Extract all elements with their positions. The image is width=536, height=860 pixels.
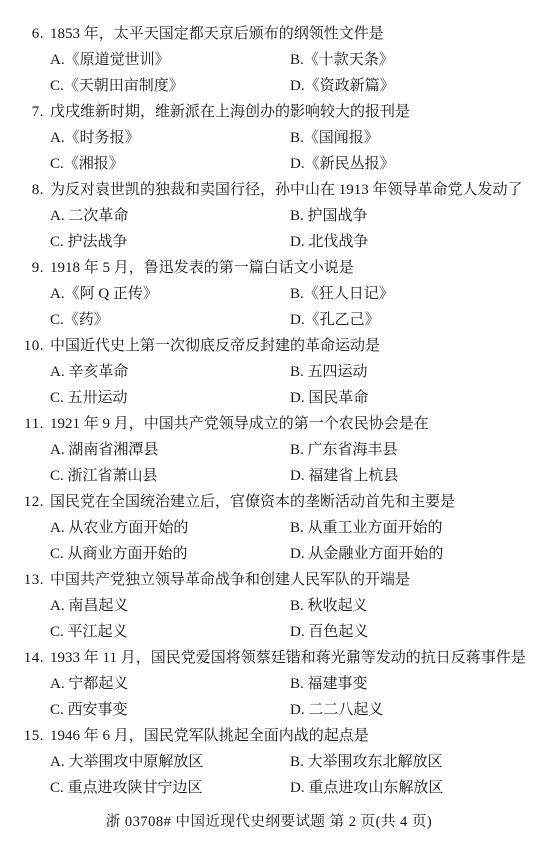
option-b: B. 大举围攻东北解放区 — [290, 749, 520, 775]
option-b: B. 秋收起义 — [290, 593, 520, 619]
option-d: D. 重点进攻山东解放区 — [290, 775, 520, 801]
option-a: A. 辛亥革命 — [50, 359, 290, 385]
question-number: 6. — [18, 21, 44, 47]
question-item: 11. 1921 年 9 月，中国共产党领导成立的第一个农民协会是在 A. 湖南… — [18, 411, 520, 489]
option-b: B. 福建事变 — [290, 671, 520, 697]
option-c: C. 西安事变 — [50, 697, 290, 723]
option-d: D. 国民革命 — [290, 385, 520, 411]
question-item: 12. 国民党在全国统治建立后，官僚资本的垄断活动首先和主要是 A. 从农业方面… — [18, 489, 520, 567]
question-options: A. 大举围攻中原解放区 B. 大举围攻东北解放区 C. 重点进攻陕甘宁边区 D… — [50, 749, 520, 801]
question-stem: 为反对袁世凯的独裁和卖国行径，孙中山在 1913 年领导革命党人发动了 — [50, 177, 523, 203]
option-a: A. 南昌起义 — [50, 593, 290, 619]
question-number: 12. — [18, 489, 44, 515]
question-number: 7. — [18, 99, 44, 125]
question-stem: 1853 年，太平天国定都天京后颁布的纲领性文件是 — [50, 21, 384, 47]
option-c: C.《药》 — [50, 307, 290, 333]
question-stem: 1946 年 6 月，国民党军队挑起全面内战的起点是 — [50, 723, 369, 749]
option-b: B.《国闻报》 — [290, 125, 520, 151]
option-a: A.《阿 Q 正传》 — [50, 281, 290, 307]
question-number: 11. — [18, 411, 44, 437]
question-stem-row: 15. 1946 年 6 月，国民党军队挑起全面内战的起点是 — [18, 723, 520, 749]
question-number: 13. — [18, 567, 44, 593]
option-d: D. 二二八起义 — [290, 697, 520, 723]
option-b: B. 广东省海丰县 — [290, 437, 520, 463]
option-b: B. 五四运动 — [290, 359, 520, 385]
question-number: 8. — [18, 177, 44, 203]
question-options: A. 二次革命 B. 护国战争 C. 护法战争 D. 北伐战争 — [50, 203, 520, 255]
question-item: 8. 为反对袁世凯的独裁和卖国行径，孙中山在 1913 年领导革命党人发动了 A… — [18, 177, 520, 255]
option-b: B.《十款天条》 — [290, 47, 520, 73]
exam-page: 6. 1853 年，太平天国定都天京后颁布的纲领性文件是 A.《原道觉世训》 B… — [0, 0, 536, 860]
option-b: B. 从重工业方面开始的 — [290, 515, 520, 541]
question-options: A. 从农业方面开始的 B. 从重工业方面开始的 C. 从商业方面开始的 D. … — [50, 515, 520, 567]
question-options: A. 湖南省湘潭县 B. 广东省海丰县 C. 浙江省萧山县 D. 福建省上杭县 — [50, 437, 520, 489]
option-a: A.《时务报》 — [50, 125, 290, 151]
question-stem-row: 9. 1918 年 5 月，鲁迅发表的第一篇白话文小说是 — [18, 255, 520, 281]
option-c: C. 浙江省萧山县 — [50, 463, 290, 489]
question-options: A. 宁都起义 B. 福建事变 C. 西安事变 D. 二二八起义 — [50, 671, 520, 723]
question-item: 13. 中国共产党独立领导革命战争和创建人民军队的开端是 A. 南昌起义 B. … — [18, 567, 520, 645]
question-options: A.《阿 Q 正传》 B.《狂人日记》 C.《药》 D.《孔乙己》 — [50, 281, 520, 333]
option-d: D.《新民丛报》 — [290, 151, 520, 177]
option-d: D. 从金融业方面开始的 — [290, 541, 520, 567]
option-d: D.《孔乙己》 — [290, 307, 520, 333]
option-d: D. 福建省上杭县 — [290, 463, 520, 489]
option-d: D.《资政新篇》 — [290, 73, 520, 99]
option-d: D. 北伐战争 — [290, 229, 520, 255]
option-b: B. 护国战争 — [290, 203, 520, 229]
question-options: A. 南昌起义 B. 秋收起义 C. 平江起义 D. 百色起义 — [50, 593, 520, 645]
question-item: 15. 1946 年 6 月，国民党军队挑起全面内战的起点是 A. 大举围攻中原… — [18, 723, 520, 801]
option-c: C. 护法战争 — [50, 229, 290, 255]
question-stem: 中国共产党独立领导革命战争和创建人民军队的开端是 — [50, 567, 410, 593]
question-stem-row: 14. 1933 年 11 月，国民党爱国将领蔡廷锴和蒋光鼐等发动的抗日反蒋事件… — [18, 645, 520, 671]
option-a: A. 宁都起义 — [50, 671, 290, 697]
option-a: A. 从农业方面开始的 — [50, 515, 290, 541]
option-c: C. 从商业方面开始的 — [50, 541, 290, 567]
option-a: A. 湖南省湘潭县 — [50, 437, 290, 463]
question-item: 9. 1918 年 5 月，鲁迅发表的第一篇白话文小说是 A.《阿 Q 正传》 … — [18, 255, 520, 333]
question-item: 7. 戊戌维新时期，维新派在上海创办的影响较大的报刊是 A.《时务报》 B.《国… — [18, 99, 520, 177]
question-stem-row: 10. 中国近代史上第一次彻底反帝反封建的革命运动是 — [18, 333, 520, 359]
question-stem-row: 13. 中国共产党独立领导革命战争和创建人民军队的开端是 — [18, 567, 520, 593]
option-d: D. 百色起义 — [290, 619, 520, 645]
option-c: C.《湘报》 — [50, 151, 290, 177]
question-item: 10. 中国近代史上第一次彻底反帝反封建的革命运动是 A. 辛亥革命 B. 五四… — [18, 333, 520, 411]
question-number: 9. — [18, 255, 44, 281]
question-stem-row: 7. 戊戌维新时期，维新派在上海创办的影响较大的报刊是 — [18, 99, 520, 125]
option-c: C. 重点进攻陕甘宁边区 — [50, 775, 290, 801]
question-stem: 1921 年 9 月，中国共产党领导成立的第一个农民协会是在 — [50, 411, 429, 437]
question-item: 6. 1853 年，太平天国定都天京后颁布的纲领性文件是 A.《原道觉世训》 B… — [18, 21, 520, 99]
question-stem-row: 6. 1853 年，太平天国定都天京后颁布的纲领性文件是 — [18, 21, 520, 47]
option-a: A.《原道觉世训》 — [50, 47, 290, 73]
option-c: C. 平江起义 — [50, 619, 290, 645]
option-a: A. 二次革命 — [50, 203, 290, 229]
question-stem: 戊戌维新时期，维新派在上海创办的影响较大的报刊是 — [50, 99, 410, 125]
question-stem: 1918 年 5 月，鲁迅发表的第一篇白话文小说是 — [50, 255, 354, 281]
question-options: A. 辛亥革命 B. 五四运动 C. 五卅运动 D. 国民革命 — [50, 359, 520, 411]
option-a: A. 大举围攻中原解放区 — [50, 749, 290, 775]
page-footer: 浙 03708# 中国近现代史纲要试题 第 2 页(共 4 页) — [18, 812, 520, 832]
question-stem: 中国近代史上第一次彻底反帝反封建的革命运动是 — [50, 333, 380, 359]
option-c: C.《天朝田亩制度》 — [50, 73, 290, 99]
question-number: 10. — [18, 333, 44, 359]
option-c: C. 五卅运动 — [50, 385, 290, 411]
question-stem: 国民党在全国统治建立后，官僚资本的垄断活动首先和主要是 — [50, 489, 455, 515]
question-stem-row: 12. 国民党在全国统治建立后，官僚资本的垄断活动首先和主要是 — [18, 489, 520, 515]
question-item: 14. 1933 年 11 月，国民党爱国将领蔡廷锴和蒋光鼐等发动的抗日反蒋事件… — [18, 645, 520, 723]
question-options: A.《时务报》 B.《国闻报》 C.《湘报》 D.《新民丛报》 — [50, 125, 520, 177]
question-options: A.《原道觉世训》 B.《十款天条》 C.《天朝田亩制度》 D.《资政新篇》 — [50, 47, 520, 99]
question-stem: 1933 年 11 月，国民党爱国将领蔡廷锴和蒋光鼐等发动的抗日反蒋事件是 — [50, 645, 526, 671]
question-number: 15. — [18, 723, 44, 749]
option-b: B.《狂人日记》 — [290, 281, 520, 307]
question-list: 6. 1853 年，太平天国定都天京后颁布的纲领性文件是 A.《原道觉世训》 B… — [18, 21, 520, 801]
question-stem-row: 11. 1921 年 9 月，中国共产党领导成立的第一个农民协会是在 — [18, 411, 520, 437]
question-number: 14. — [18, 645, 44, 671]
question-stem-row: 8. 为反对袁世凯的独裁和卖国行径，孙中山在 1913 年领导革命党人发动了 — [18, 177, 520, 203]
